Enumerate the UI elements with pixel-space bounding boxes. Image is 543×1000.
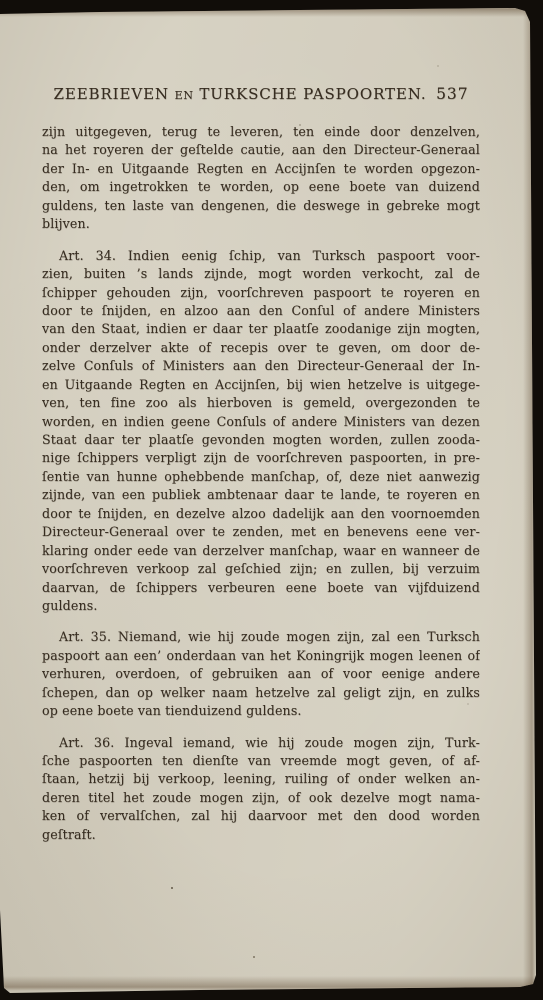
text-line: paspoort aan een’ onderdaan van het Koni… xyxy=(42,647,480,665)
paragraph: Art. 36. Ingeval iemand, wie hij zoude m… xyxy=(42,734,480,845)
book-page: ZEEBRIEVEN en TURKSCHE PASPOORTEN. 537 z… xyxy=(0,0,543,1000)
text-line: daarvan, de ſchippers verbeuren eene boe… xyxy=(42,579,480,597)
text-line: ken of vervalſchen, zal hij daarvoor met… xyxy=(42,807,480,825)
text-line: deren titel het zoude mogen zijn, of ook… xyxy=(42,789,480,807)
text-line: worden, en indien geene Conſuls of ander… xyxy=(42,413,480,431)
text-line: Art. 34. Indien eenig ſchip, van Turksch… xyxy=(42,247,480,265)
text-line: guldens, ten laste van dengenen, die des… xyxy=(42,197,480,215)
text-line: ſche paspoorten ten dienſte van vreemde … xyxy=(42,752,480,770)
text-line: guldens. xyxy=(42,597,480,615)
scanned-page-photo: ZEEBRIEVEN en TURKSCHE PASPOORTEN. 537 z… xyxy=(0,0,543,1000)
header-title-left: ZEEBRIEVEN xyxy=(54,85,169,103)
paragraph: zijn uitgegeven, terug te leveren, ten e… xyxy=(42,123,480,234)
text-line: zijn uitgegeven, terug te leveren, ten e… xyxy=(42,123,480,141)
text-line: ven, ten fine zoo als hierboven is gemel… xyxy=(42,394,480,412)
text-line: door te ſnijden, en dezelve alzoo dadeli… xyxy=(42,505,480,523)
text-line: zien, buiten ’s lands zijnde, mogt worde… xyxy=(42,265,480,283)
text-line: Staat daar ter plaatſe gevonden mogten w… xyxy=(42,431,480,449)
text-line: en Uitgaande Regten en Accijnſen, bij wi… xyxy=(42,376,480,394)
text-line: den, om ingetrokken te worden, op eene b… xyxy=(42,178,480,196)
text-line: ſentie van hunne ophebbende manſchap, of… xyxy=(42,468,480,486)
paragraph: Art. 35. Niemand, wie hij zoude mogen zi… xyxy=(42,628,480,720)
text-line: der In- en Uitgaande Regten en Accijnſen… xyxy=(42,160,480,178)
paragraph: Art. 34. Indien eenig ſchip, van Turksch… xyxy=(42,247,480,616)
text-line: voorſchreven verkoop zal geſchied zijn; … xyxy=(42,560,480,578)
text-line: nige ſchippers verpligt zijn de voorſchr… xyxy=(42,449,480,467)
text-line: blijven. xyxy=(42,215,480,233)
text-line: onder derzelver akte of recepis over te … xyxy=(42,339,480,357)
running-header: ZEEBRIEVEN en TURKSCHE PASPOORTEN. 537 xyxy=(42,85,496,103)
text-line: op eene boete van tienduizend guldens. xyxy=(42,702,480,720)
text-line: na het royeren der geſtelde cautie, aan … xyxy=(42,141,480,159)
text-line: geſtraft. xyxy=(42,826,480,844)
text-line: ſtaan, hetzij bij verkoop, leening, ruil… xyxy=(42,770,480,788)
text-line: klaring onder eede van derzelver manſcha… xyxy=(42,542,480,560)
text-line: zelve Conſuls of Ministers aan den Direc… xyxy=(42,357,480,375)
text-line: Directeur-Generaal over te zenden, met e… xyxy=(42,523,480,541)
text-line: van den Staat, indien er daar ter plaatſ… xyxy=(42,320,480,338)
text-line: ſchipper gehouden zijn, voorſchreven pas… xyxy=(42,284,480,302)
header-title-right: TURKSCHE PASPOORTEN. xyxy=(199,85,426,103)
text-line: Art. 36. Ingeval iemand, wie hij zoude m… xyxy=(42,734,480,752)
text-line: Art. 35. Niemand, wie hij zoude mogen zi… xyxy=(42,628,480,646)
page-body: zijn uitgegeven, terug te leveren, ten e… xyxy=(42,123,480,844)
text-line: door te ſnijden, en alzoo aan den Conſul… xyxy=(42,302,480,320)
text-line: verhuren, overdoen, of gebruiken aan of … xyxy=(42,665,480,683)
header-title-connector: en xyxy=(175,89,194,102)
text-line: zijnde, van een publiek ambtenaar daar t… xyxy=(42,486,480,504)
text-line: ſchepen, dan op welker naam hetzelve zal… xyxy=(42,684,480,702)
page-number: 537 xyxy=(432,85,468,103)
